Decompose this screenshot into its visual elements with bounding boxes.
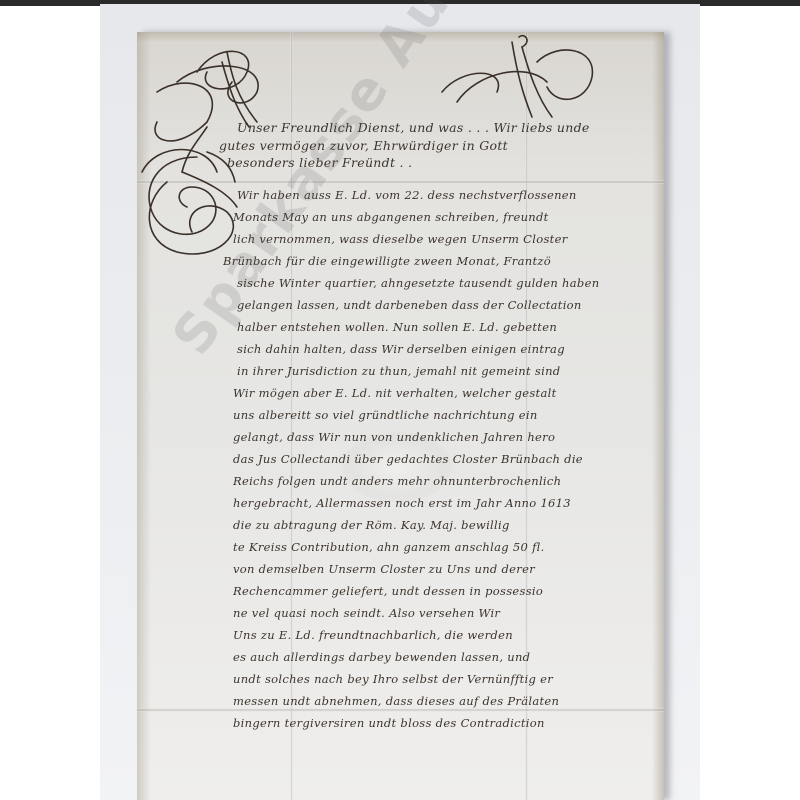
body-line: messen undt abnehmen, dass dieses auf de… xyxy=(233,694,647,708)
body-line: Monats May an uns abgangenen schreiben, … xyxy=(233,210,647,224)
body-line: das Jus Collectandi über gedachtes Clost… xyxy=(233,452,647,466)
body-line: sische Winter quartier, ahngesetzte taus… xyxy=(237,276,647,290)
body-line: sich dahin halten, dass Wir derselben ei… xyxy=(237,342,647,356)
salutation-line: gutes vermögen zuvor, Ehrwürdiger in Got… xyxy=(219,138,649,153)
body-line: Uns zu E. Ld. freundtnachbarlich, die we… xyxy=(233,628,647,642)
body-line: gelangt, dass Wir nun von undenklichen J… xyxy=(233,430,647,444)
body-line: Brünbach für die eingewilligte zween Mon… xyxy=(223,254,647,268)
manuscript-page: Unser Freundlich Dienst, und was . . . W… xyxy=(137,32,664,800)
horizontal-fold xyxy=(137,708,664,712)
photo-stage: Unser Freundlich Dienst, und was . . . W… xyxy=(0,0,800,800)
body-line: die zu abtragung der Röm. Kay. Maj. bewi… xyxy=(233,518,647,532)
body-line: halber entstehen wollen. Nun sollen E. L… xyxy=(237,320,647,334)
body-line: undt solches nach bey Ihro selbst der Ve… xyxy=(233,672,647,686)
body-line: Wir haben auss E. Ld. vom 22. dess nechs… xyxy=(237,188,647,202)
salutation-line: Unser Freundlich Dienst, und was . . . W… xyxy=(237,120,647,135)
body-line: bingern tergiversiren undt bloss des Con… xyxy=(233,716,647,730)
body-line: Rechencammer geliefert, undt dessen in p… xyxy=(233,584,647,598)
body-line: in ihrer Jurisdiction zu thun, jemahl ni… xyxy=(237,364,647,378)
body-line: uns albereitt so viel gründtliche nachri… xyxy=(233,408,647,422)
horizontal-fold xyxy=(137,180,664,184)
body-line: te Kreiss Contribution, ahn ganzem ansch… xyxy=(233,540,647,554)
body-line: gelangen lassen, undt darbeneben dass de… xyxy=(237,298,647,312)
body-line: von demselben Unserm Closter zu Uns und … xyxy=(233,562,647,576)
body-line: hergebracht, Allermassen noch erst im Ja… xyxy=(233,496,647,510)
body-line: es auch allerdings darbey bewenden lasse… xyxy=(233,650,647,664)
body-line: Reichs folgen undt anders mehr ohnunterb… xyxy=(233,474,647,488)
body-line: ne vel quasi noch seindt. Also versehen … xyxy=(233,606,647,620)
body-line: Wir mögen aber E. Ld. nit verhalten, wel… xyxy=(233,386,647,400)
salutation-line: besonders lieber Freündt . . xyxy=(227,155,527,170)
body-line: lich vernommen, wass dieselbe wegen Unse… xyxy=(233,232,647,246)
